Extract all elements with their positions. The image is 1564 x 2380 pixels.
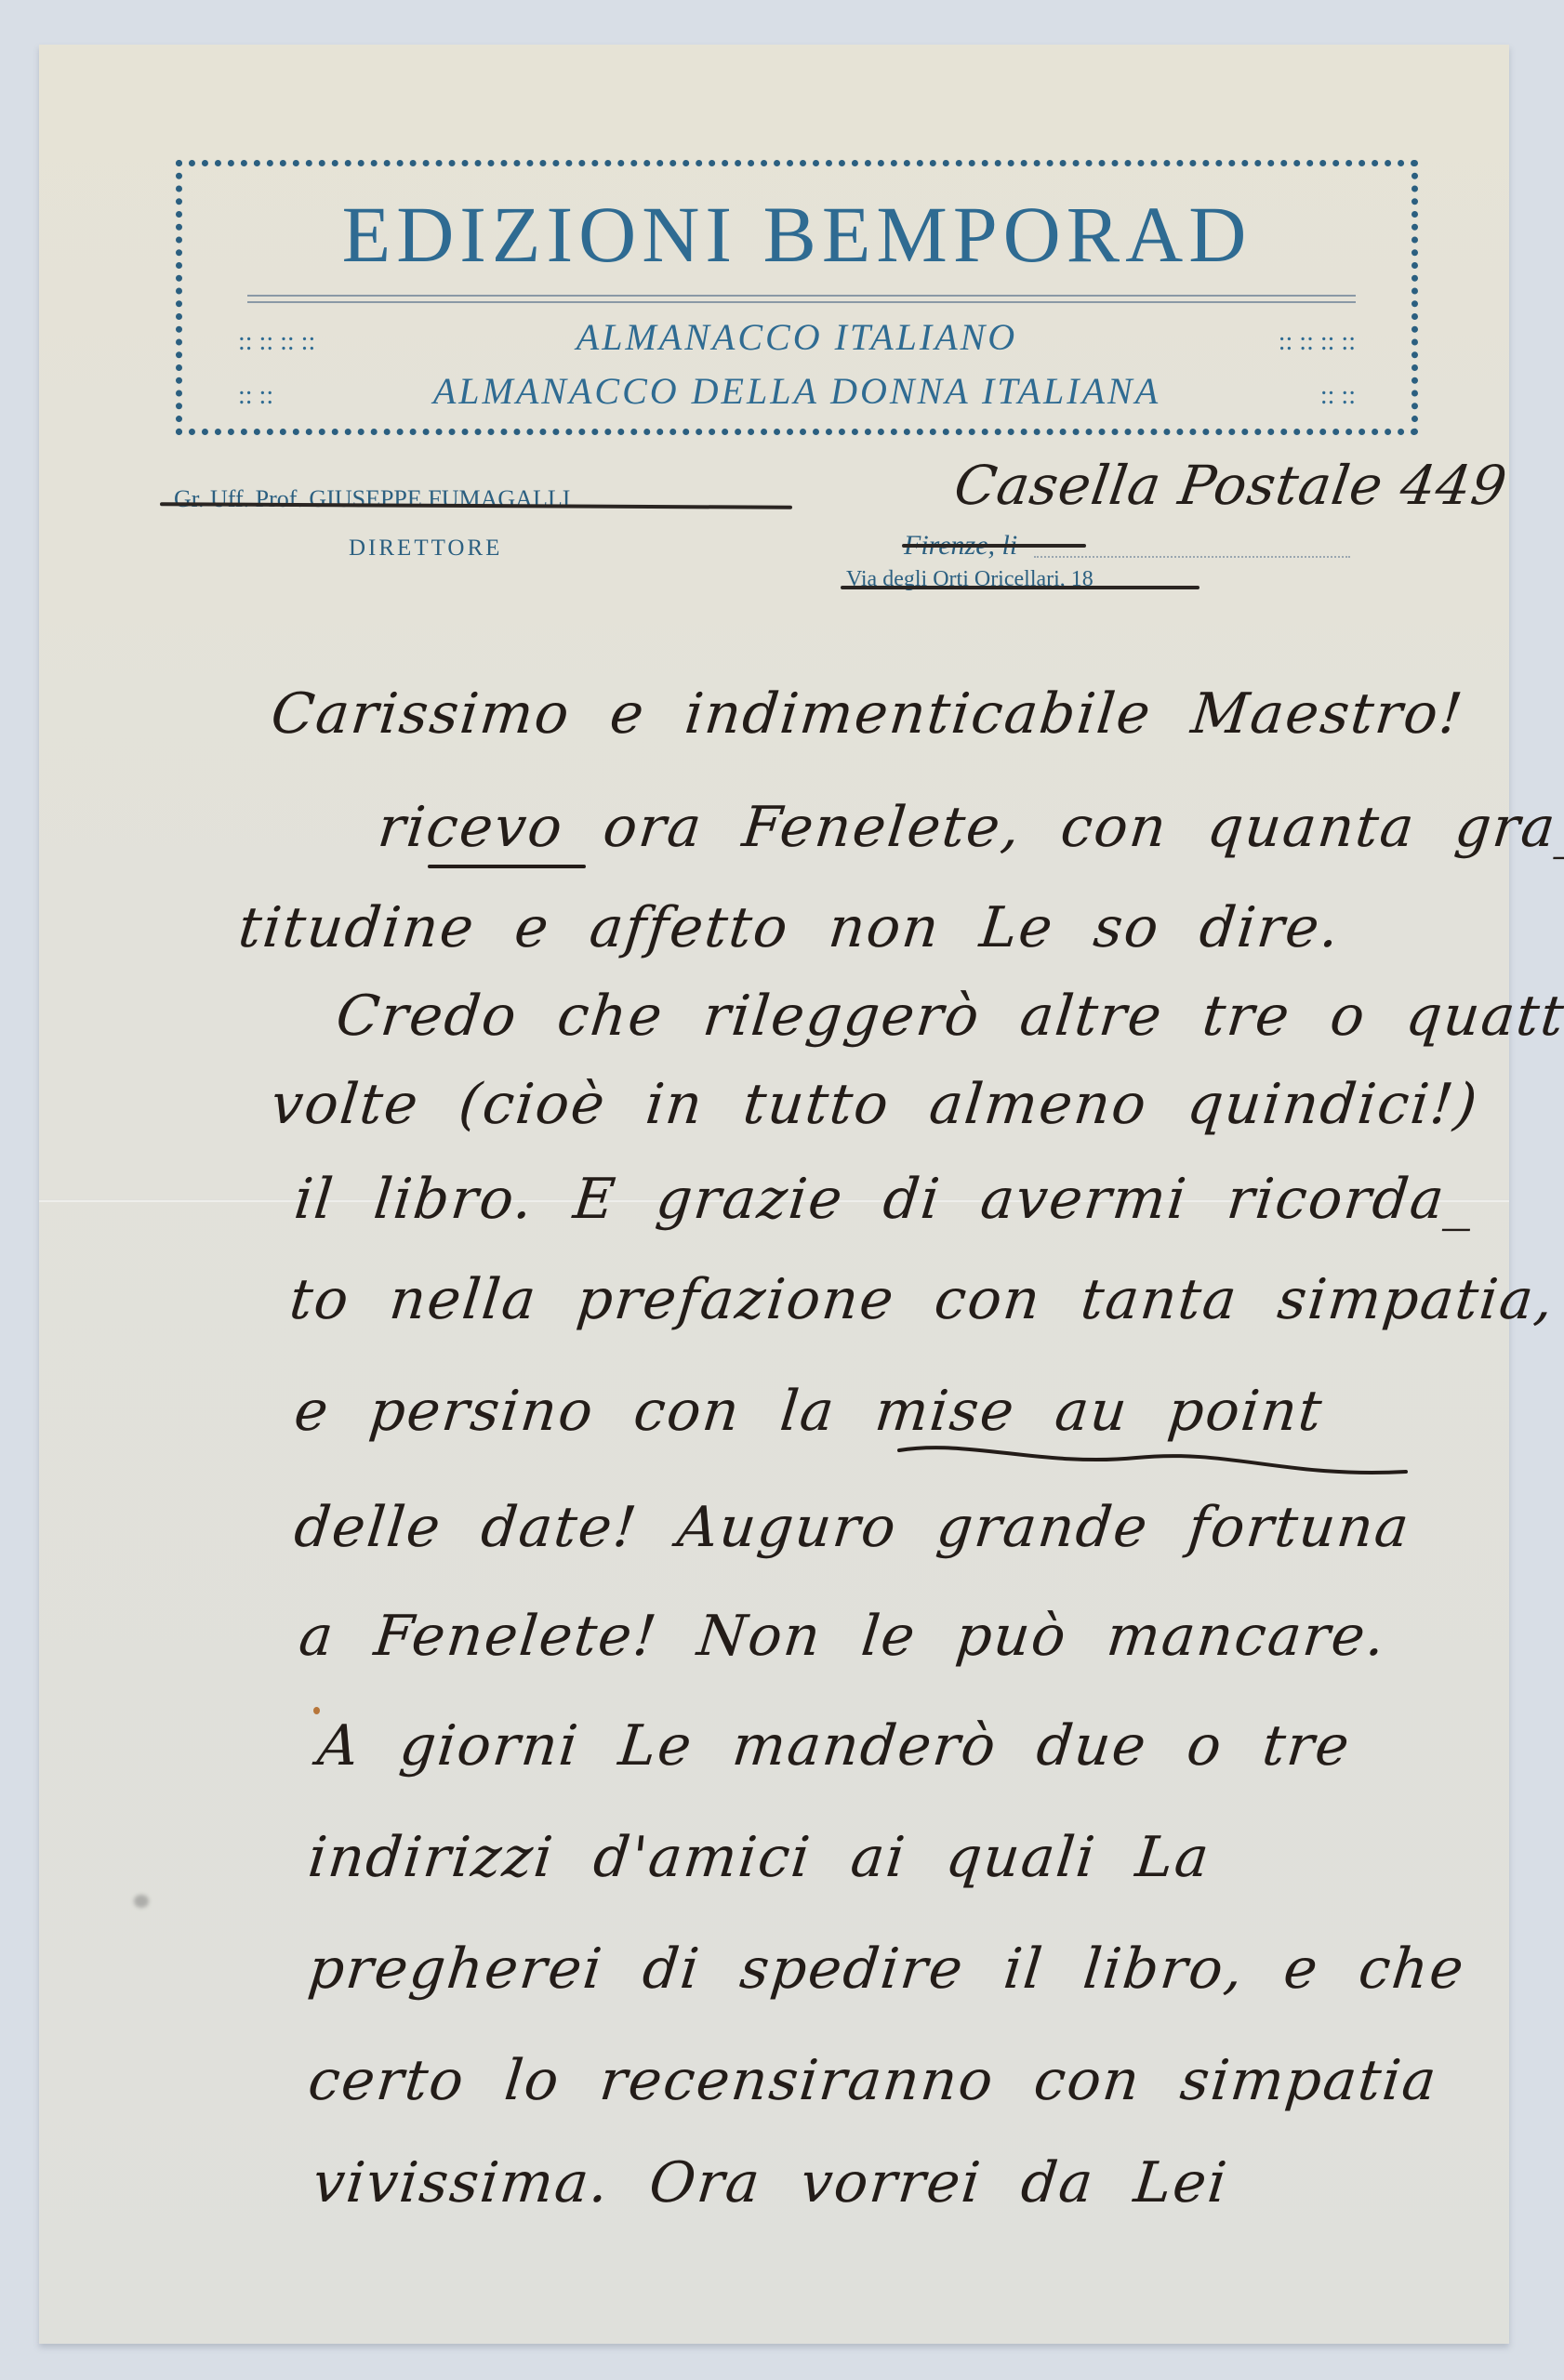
handwritten-line-1: Carissimo e indimenticabile Maestro! <box>269 686 1466 742</box>
handwritten-line-15: vivissima. Ora vorrei da Lei <box>311 2155 1231 2211</box>
ornament-right: :: :: <box>1320 381 1356 411</box>
underline-fenelete <box>428 865 586 868</box>
handwritten-line-4: Credo che rileggerò altre tre o quattro <box>334 988 1564 1044</box>
handwritten-line-3: titudine e affetto non Le so dire. <box>236 900 1344 956</box>
handwritten-line-2: ricevo ora Fenelete, con quanta gra_ <box>376 800 1564 855</box>
handwritten-line-9: delle date! Auguro grande fortuna <box>292 1500 1413 1555</box>
date-dotted-line <box>1034 556 1350 558</box>
letter-paper: EDIZIONI BEMPORAD :: :: :: :: ALMANACCO … <box>39 45 1509 2344</box>
handwritten-po-box: Casella Postale 449 <box>950 454 1511 517</box>
handwritten-line-13: pregherei di spedire il libro, e che <box>306 1941 1468 1997</box>
strikethrough-city <box>902 544 1086 548</box>
almanacco-italiano: ALMANACCO ITALIANO <box>567 315 1027 359</box>
double-rule <box>247 295 1356 303</box>
director-name: Gr. Uff. Prof. GIUSEPPE FUMAGALLI <box>174 485 570 513</box>
ornament-left: :: :: :: :: <box>238 327 315 357</box>
letterhead-line-donna: :: :: ALMANACCO DELLA DONNA ITALIANA :: … <box>238 369 1356 413</box>
handwritten-line-14: certo lo recensiranno con simpatia <box>306 2053 1440 2109</box>
handwritten-line-10: a Fenelete! Non le può mancare. <box>297 1608 1389 1664</box>
ink-stain-orange <box>313 1707 320 1714</box>
handwritten-line-6: il libro. E grazie di avermi ricorda_ <box>292 1171 1478 1227</box>
handwritten-line-7: to nella prefazione con tanta simpatia, <box>287 1272 1557 1328</box>
handwritten-line-5: volte (cioè in tutto almeno quindici!) <box>269 1077 1481 1132</box>
strikethrough-street <box>841 586 1200 589</box>
almanacco-donna-italiana: ALMANACCO DELLA DONNA ITALIANA <box>424 369 1170 413</box>
publisher-title: EDIZIONI BEMPORAD <box>182 194 1412 274</box>
letterhead-box: EDIZIONI BEMPORAD :: :: :: :: ALMANACCO … <box>176 160 1418 435</box>
paper-blemish <box>134 1895 149 1908</box>
handwritten-line-12: indirizzi d'amici ai quali La <box>306 1830 1213 1885</box>
director-role: DIRETTORE <box>349 535 502 562</box>
wavy-underline-mise-au-point <box>895 1439 1415 1481</box>
handwritten-line-8: e persino con la mise au point <box>292 1383 1326 1439</box>
letterhead-line-almanacco: :: :: :: :: ALMANACCO ITALIANO :: :: :: … <box>238 315 1356 359</box>
ornament-left: :: :: <box>238 381 273 411</box>
handwritten-line-11: A giorni Le manderò due o tre <box>315 1718 1354 1774</box>
ornament-right: :: :: :: :: <box>1279 327 1356 357</box>
